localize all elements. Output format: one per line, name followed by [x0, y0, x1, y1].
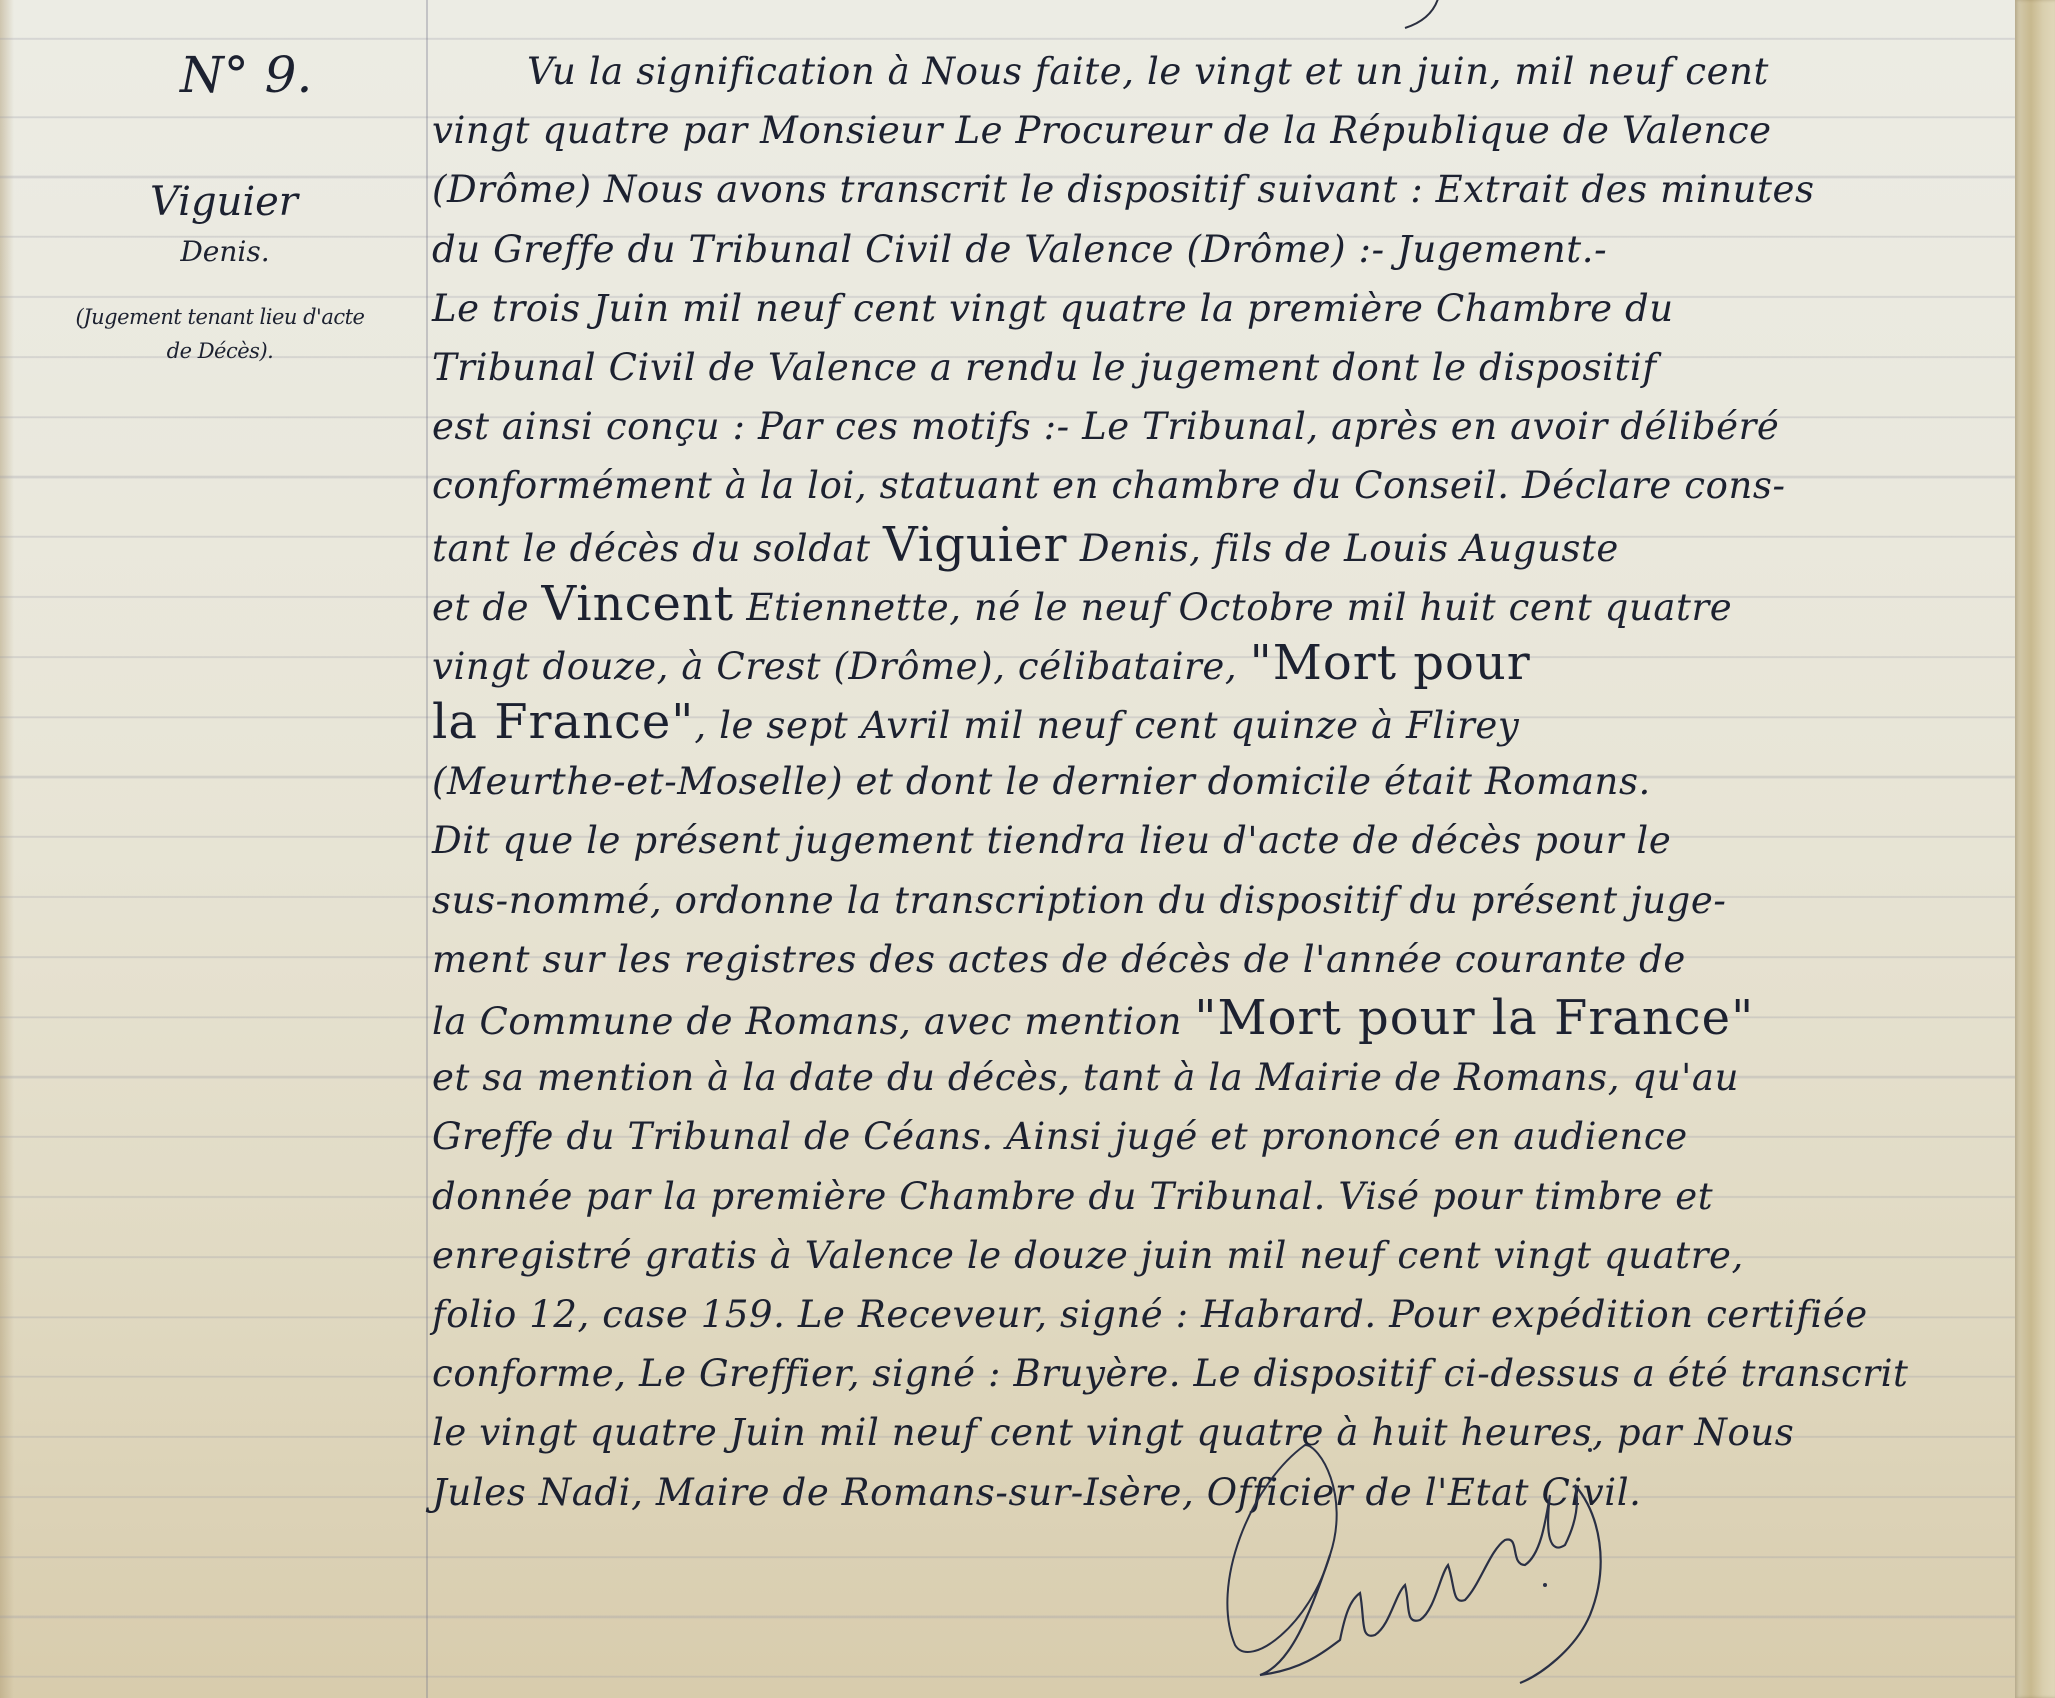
emphasized-text: "Mort pour [1250, 635, 1531, 691]
margin-annotation: N° 9. Viguier Denis. (Jugement tenant li… [30, 40, 410, 368]
line-text: et sa mention à la date du décès, tant à… [432, 1056, 1739, 1099]
line-text: et de [432, 586, 541, 629]
text-line: est ainsi conçu : Par ces motifs :- Le T… [432, 397, 2012, 456]
note-line-1: (Jugement tenant lieu d'acte [76, 305, 365, 329]
text-line: conformément à la loi, statuant en chamb… [432, 456, 2012, 515]
line-text: donnée par la première Chambre du Tribun… [432, 1175, 1713, 1218]
mayor-signature: Jules Nadi [1190, 1425, 1630, 1685]
emphasized-text: Vincent [541, 576, 734, 632]
line-text: vingt douze, à Crest (Drôme), célibatair… [432, 645, 1250, 688]
text-line: Tribunal Civil de Valence a rendu le jug… [432, 338, 2012, 397]
text-line: et de Vincent Etiennette, né le neuf Oct… [432, 575, 2012, 634]
text-line: conforme, Le Greffier, signé : Bruyère. … [432, 1344, 2012, 1403]
register-page: N° 9. Viguier Denis. (Jugement tenant li… [0, 0, 2055, 1698]
line-text: enregistré gratis à Valence le douze jui… [432, 1234, 1744, 1277]
line-text: la Commune de Romans, avec mention [432, 1000, 1194, 1043]
line-text: sus-nommé, ordonne la transcription du d… [432, 879, 1726, 922]
line-text: Greffe du Tribunal de Céans. Ainsi jugé … [432, 1115, 1688, 1158]
text-line: (Meurthe-et-Moselle) et dont le dernier … [432, 752, 2012, 811]
margin-rule [426, 0, 428, 1698]
line-text: Denis, fils de Louis Auguste [1068, 527, 1619, 570]
text-line: Le trois Juin mil neuf cent vingt quatre… [432, 279, 2012, 338]
line-text: conforme, Le Greffier, signé : Bruyère. … [432, 1352, 1909, 1395]
line-text: Dit que le présent jugement tiendra lieu… [432, 819, 1671, 862]
act-number: N° 9. [70, 40, 410, 110]
text-line: Greffe du Tribunal de Céans. Ainsi jugé … [432, 1107, 2012, 1166]
line-text: Le trois Juin mil neuf cent vingt quatre… [432, 287, 1674, 330]
text-line: vingt douze, à Crest (Drôme), célibatair… [432, 634, 2012, 693]
book-spine-edge [2015, 0, 2055, 1698]
text-line: vingt quatre par Monsieur Le Procureur d… [432, 101, 2012, 160]
emphasized-text: la France" [432, 694, 694, 750]
text-line: la Commune de Romans, avec mention "Mort… [432, 989, 2012, 1048]
text-line: Vu la signification à Nous faite, le vin… [432, 42, 2012, 101]
text-line: sus-nommé, ordonne la transcription du d… [432, 871, 2012, 930]
emphasized-text: "Mort pour la France" [1194, 990, 1754, 1046]
line-text: vingt quatre par Monsieur Le Procureur d… [432, 109, 1772, 152]
text-line: (Drôme) Nous avons transcrit le disposit… [432, 160, 2012, 219]
margin-note-type: (Jugement tenant lieu d'acte de Décès). [30, 300, 410, 368]
text-line: folio 12, case 159. Le Receveur, signé :… [432, 1285, 2012, 1344]
line-text: (Meurthe-et-Moselle) et dont le dernier … [432, 760, 1651, 803]
text-line: tant le décès du soldat Viguier Denis, f… [432, 516, 2012, 575]
text-line: la France", le sept Avril mil neuf cent … [432, 693, 2012, 752]
text-line: donnée par la première Chambre du Tribun… [432, 1167, 2012, 1226]
text-line: enregistré gratis à Valence le douze jui… [432, 1226, 2012, 1285]
emphasized-text: Viguier [883, 517, 1068, 573]
line-text: tant le décès du soldat [432, 527, 883, 570]
line-text: Tribunal Civil de Valence a rendu le jug… [432, 346, 1657, 389]
line-text: du Greffe du Tribunal Civil de Valence (… [432, 228, 1607, 271]
line-text: , le sept Avril mil neuf cent quinze à F… [694, 704, 1519, 747]
line-text: est ainsi conçu : Par ces motifs :- Le T… [432, 405, 1779, 448]
text-line: ment sur les registres des actes de décè… [432, 930, 2012, 989]
pen-stroke-top [1400, 0, 1450, 35]
line-text: Etiennette, né le neuf Octobre mil huit … [734, 586, 1732, 629]
line-text: Vu la signification à Nous faite, le vin… [527, 50, 1769, 93]
line-text: folio 12, case 159. Le Receveur, signé :… [432, 1293, 1868, 1336]
margin-first-name: Denis. [30, 232, 410, 272]
line-text: conformément à la loi, statuant en chamb… [432, 464, 1786, 507]
line-text: ment sur les registres des actes de décè… [432, 938, 1686, 981]
text-line: du Greffe du Tribunal Civil de Valence (… [432, 220, 2012, 279]
note-line-2: de Décès). [167, 339, 274, 363]
line-text: (Drôme) Nous avons transcrit le disposit… [432, 168, 1815, 211]
margin-surname: Viguier [110, 172, 410, 232]
transcription-body: Vu la signification à Nous faite, le vin… [432, 42, 2012, 1522]
text-line: et sa mention à la date du décès, tant à… [432, 1048, 2012, 1107]
text-line: Dit que le présent jugement tiendra lieu… [432, 811, 2012, 870]
